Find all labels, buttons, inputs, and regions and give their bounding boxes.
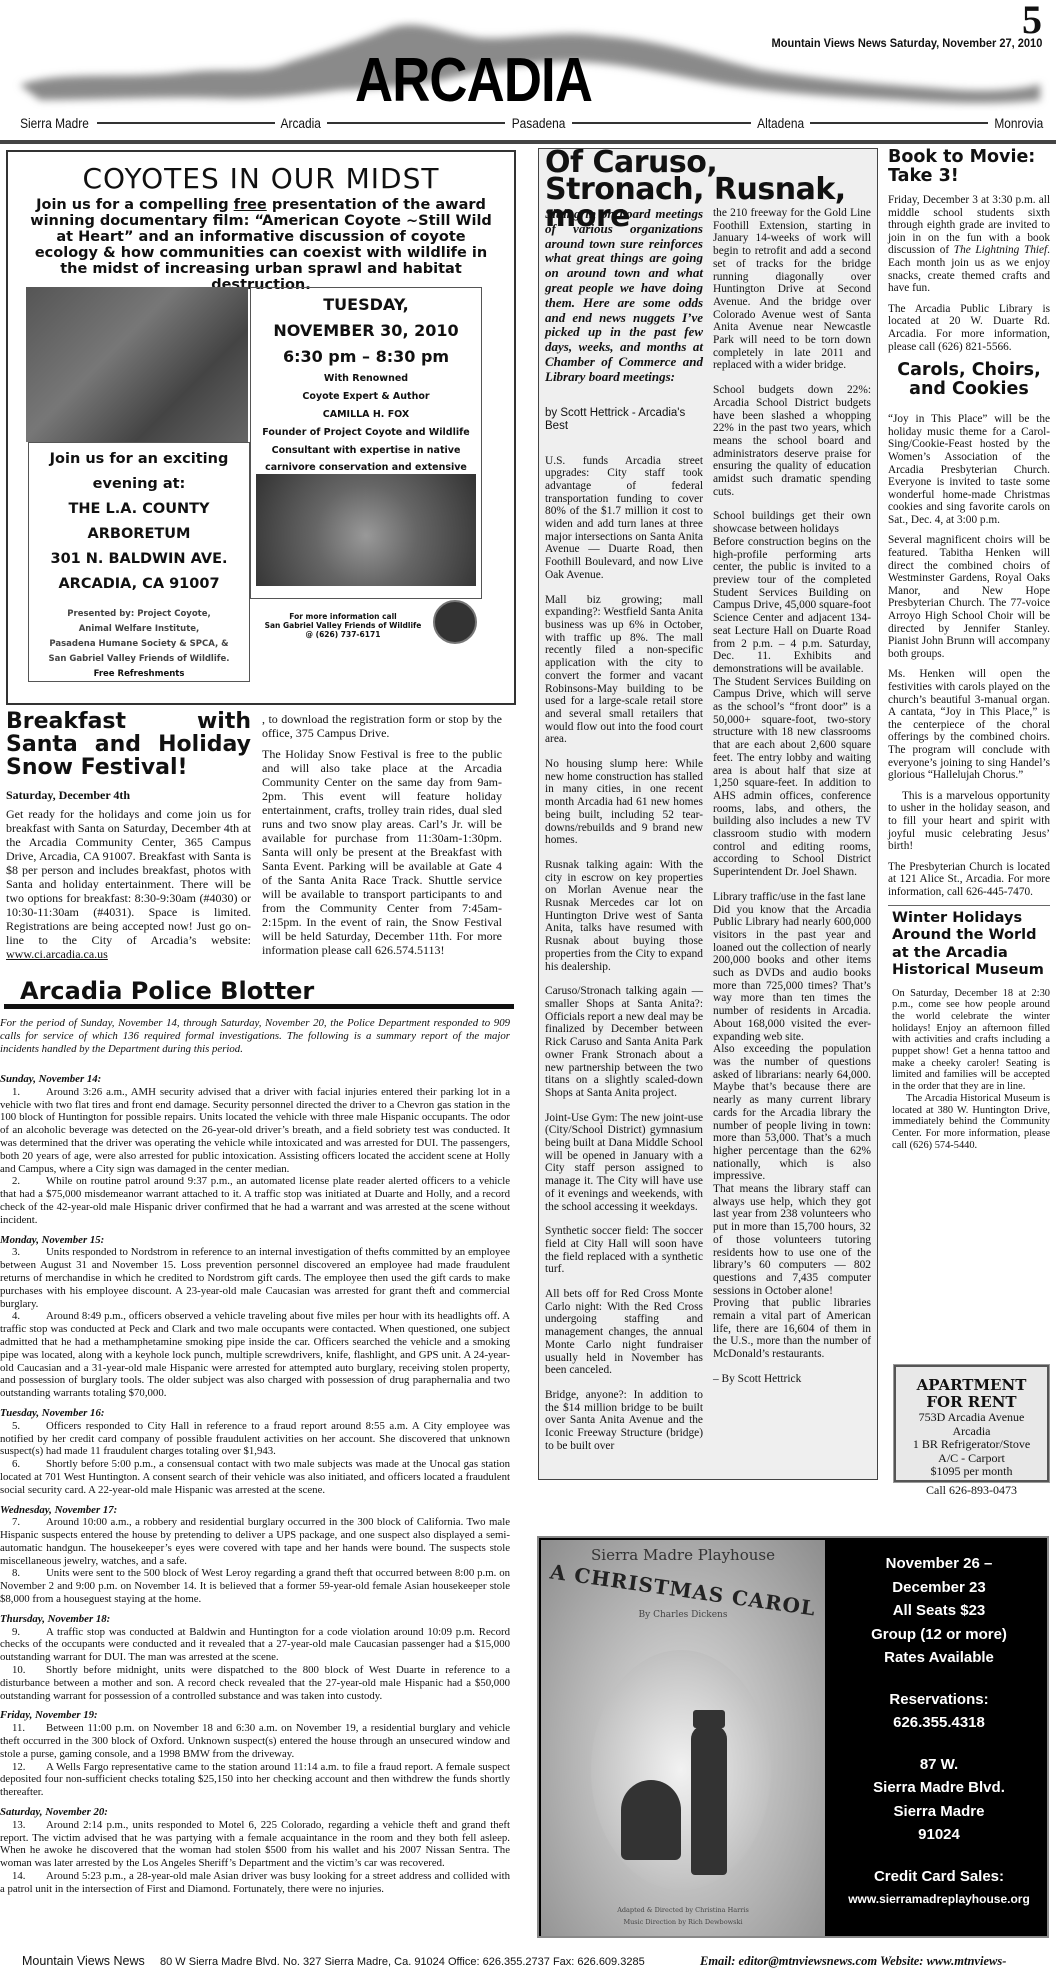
apartment-for-rent-ad: APARTMENT FOR RENT 753D Arcadia Avenue A… xyxy=(894,1365,1049,1482)
caruso-stronach-article: Of Caruso, Stronach, Rusnak, more Sittin… xyxy=(538,148,878,1480)
article-headline: Book to Movie: Take 3! xyxy=(888,148,1050,186)
carols-article: Carols, Choirs, and Cookies “Joy in This… xyxy=(888,361,1050,898)
city-arcadia: Arcadia xyxy=(281,115,321,131)
city-website-link[interactable]: www.ci.arcadia.ca.us xyxy=(6,947,108,961)
ad-city: Arcadia xyxy=(896,1425,1047,1439)
incident: 12.A Wells Fargo representative came to … xyxy=(0,1761,510,1799)
blotter-day: Friday, November 19: 11.Between 11:00 p.… xyxy=(0,1709,510,1799)
paragraph: “Joy in This Place” will be the holiday … xyxy=(888,413,1050,526)
venue-line: evening at: xyxy=(29,472,249,497)
divider xyxy=(810,122,988,124)
incident-number: 11. xyxy=(12,1722,46,1735)
incident-text: Around 8:49 p.m., officers observed a ve… xyxy=(0,1310,510,1399)
blotter-title: Arcadia Police Blotter xyxy=(20,977,314,1005)
winter-holidays-article: Winter Holidays Around the World at the … xyxy=(888,910,1050,1152)
ad-title: APARTMENT FOR RENT xyxy=(896,1377,1047,1411)
incident-text: Officers responded to City Hall in refer… xyxy=(0,1420,510,1458)
paragraph: The Student Services Building on Campus … xyxy=(713,676,871,879)
credit-line: Adapted & Directed by Christina Harris xyxy=(541,1904,825,1916)
carolers-illustration xyxy=(591,1650,771,1890)
paragraph: Friday, December 3 at 3:30 p.m. all midd… xyxy=(888,194,1050,295)
incident: 3.Units responded to Nordstrom in refere… xyxy=(0,1246,510,1310)
venue-line: Join us for an exciting xyxy=(29,447,249,472)
day-label: Tuesday, November 16: xyxy=(0,1407,510,1420)
masthead-rule xyxy=(0,140,1056,144)
day-label: Sunday, November 14: xyxy=(0,1073,510,1086)
presenter-line: Pasadena Humane Society & SPCA, & xyxy=(29,637,249,652)
ticket-price: All Seats $23 xyxy=(829,1599,1049,1623)
paragraph: This is a marvelous opportunity to usher… xyxy=(888,790,1050,853)
day-label: Saturday, November 20: xyxy=(0,1806,510,1819)
incident-text: Around 2:14 p.m., units responded to Mot… xyxy=(0,1819,510,1869)
article-subhead: Saturday, December 4th xyxy=(6,788,130,803)
intro-free: free xyxy=(234,197,267,213)
reservations-label: Reservations: xyxy=(829,1688,1049,1712)
christmas-carol-poster: Sierra Madre Playhouse A CHRISTMAS CAROL… xyxy=(541,1540,825,1936)
event-date: NOVEMBER 30, 2010 xyxy=(251,318,481,344)
paragraph: The Arcadia Historical Museum is located… xyxy=(892,1093,1050,1152)
group-rates: Group (12 or more) xyxy=(829,1623,1049,1647)
incident-number: 14. xyxy=(12,1870,46,1883)
subhead: School buildings get their own showcase … xyxy=(713,510,871,535)
subhead: Library traffic/use in the fast lane xyxy=(713,891,871,904)
incident: 1.Around 3:26 a.m., AMH security advised… xyxy=(0,1086,510,1176)
show-dates: November 26 – xyxy=(829,1552,1049,1576)
paragraph: Bridge, anyone?: In addition to the $14 … xyxy=(545,1389,703,1453)
day-label: Wednesday, November 17: xyxy=(0,1504,510,1517)
incident: 5.Officers responded to City Hall in ref… xyxy=(0,1420,510,1458)
credit-line: Music Direction by Rich Dewbowski xyxy=(541,1916,825,1928)
venue-line: THE L.A. COUNTY xyxy=(29,497,249,522)
article-body: On Saturday, December 18 at 2:30 p.m., c… xyxy=(888,988,1050,1152)
venue-box: Join us for an exciting evening at: THE … xyxy=(28,442,250,682)
presenter-line: San Gabriel Valley Friends of Wildlife. xyxy=(29,652,249,667)
top-hat-icon xyxy=(693,1710,725,1728)
paragraph: Rusnak talking again: With the city in e… xyxy=(545,859,703,973)
publication-contact: Email: editor@mtnviewsnews.com Website: … xyxy=(700,1954,1006,1969)
incident-text: A traffic stop was conducted at Baldwin … xyxy=(0,1626,510,1664)
presenter-line: Animal Welfare Institute, xyxy=(29,622,249,637)
divider xyxy=(572,122,750,124)
show-dates: December 23 xyxy=(829,1576,1049,1600)
city-pasadena: Pasadena xyxy=(512,115,566,131)
blotter-day: Thursday, November 18: 9.A traffic stop … xyxy=(0,1613,510,1703)
article-headline: Breakfast with Santa and Holiday Snow Fe… xyxy=(6,710,251,779)
incident-number: 10. xyxy=(12,1664,46,1677)
venue-address: 87 W. xyxy=(829,1753,1049,1777)
venue-address: 91024 xyxy=(829,1823,1049,1847)
article-headline: Carols, Choirs, and Cookies xyxy=(888,361,1050,399)
city-rail: Sierra Madre Arcadia Pasadena Altadena M… xyxy=(14,113,1048,133)
presenter-line: Presented by: Project Coyote, xyxy=(29,607,249,622)
venue-address: Sierra Madre Blvd. xyxy=(829,1776,1049,1800)
book-to-movie-article: Book to Movie: Take 3! Friday, December … xyxy=(888,148,1050,353)
incident-text: A Wells Fargo representative came to the… xyxy=(0,1761,510,1799)
incident-number: 12. xyxy=(12,1761,46,1774)
incident-text: Shortly before midnight, units were disp… xyxy=(0,1664,510,1702)
incident-number: 7. xyxy=(12,1516,46,1529)
incident-number: 2. xyxy=(12,1175,46,1188)
ad-phone: Call 626-893-0473 xyxy=(896,1483,1047,1498)
blotter-days: Sunday, November 14: 1.Around 3:26 a.m.,… xyxy=(0,1073,510,1896)
page-footer: Mountain Views News 80 W Sierra Madre Bl… xyxy=(0,1952,1056,1976)
paragraph: School budgets down 22%: Arcadia School … xyxy=(713,384,871,498)
paragraph: Joint-Use Gym: The new joint-use (City/S… xyxy=(545,1112,703,1214)
incident: 13.Around 2:14 p.m., units responded to … xyxy=(0,1819,510,1870)
incident: 8.Units were sent to the 500 block of We… xyxy=(0,1567,510,1605)
info-line: @ (626) 737-6171 xyxy=(258,630,428,639)
paragraph: Mall biz growing; mall expanding?: Westf… xyxy=(545,594,703,746)
carolers-figure xyxy=(621,1780,681,1860)
article-headline: Winter Holidays Around the World at the … xyxy=(888,910,1050,980)
incident-text: Units were sent to the 500 block of West… xyxy=(0,1567,510,1605)
blotter-day: Saturday, November 20: 13.Around 2:14 p.… xyxy=(0,1806,510,1896)
incident: 6.Shortly before 5:00 p.m., a consensual… xyxy=(0,1458,510,1496)
article-signoff: – By Scott Hettrick xyxy=(713,1373,871,1386)
show-credits: Adapted & Directed by Christina Harris M… xyxy=(541,1904,825,1928)
paragraph: No housing slump here: While new home co… xyxy=(545,758,703,847)
paragraph: The Presbyterian Church is located at 12… xyxy=(888,861,1050,899)
paragraph: U.S. funds Arcadia street upgrades: City… xyxy=(545,455,703,582)
contact-info: For more information call San Gabriel Va… xyxy=(258,612,428,639)
body-text: , to download the registration form or s… xyxy=(262,712,502,740)
ad-title-line: APARTMENT xyxy=(896,1377,1047,1394)
body-text: Get ready for the holidays and come join… xyxy=(6,807,251,947)
event-time: 6:30 pm – 8:30 pm xyxy=(251,344,481,370)
paragraph: the 210 freeway for the Gold Line Foothi… xyxy=(713,207,871,372)
paragraph: The Arcadia Public Library is located at… xyxy=(888,303,1050,353)
incident-text: Around 5:23 p.m., a 28-year-old male Asi… xyxy=(0,1870,510,1895)
blotter-day: Wednesday, November 17: 7.Around 10:00 a… xyxy=(0,1504,510,1606)
incident: 10.Shortly before midnight, units were d… xyxy=(0,1664,510,1702)
incident-number: 9. xyxy=(12,1626,46,1639)
incident: 9.A traffic stop was conducted at Baldwi… xyxy=(0,1626,510,1664)
incident-text: Around 3:26 a.m., AMH security advised t… xyxy=(0,1086,510,1175)
sales-label: Credit Card Sales: xyxy=(829,1865,1049,1889)
sierra-madre-playhouse-ad: Sierra Madre Playhouse A CHRISTMAS CAROL… xyxy=(537,1536,1049,1938)
right-column: Book to Movie: Take 3! Friday, December … xyxy=(888,148,1050,1151)
divider xyxy=(97,122,275,124)
coyote-photo xyxy=(26,287,248,442)
incident-number: 13. xyxy=(12,1819,46,1832)
book-title: The Lightning Thief xyxy=(954,244,1047,256)
section-title: ARCADIA xyxy=(355,45,592,116)
info-line: San Gabriel Valley Friends of Wildlife xyxy=(258,621,428,630)
ad-feature: A/C - Carport xyxy=(896,1452,1047,1466)
divider xyxy=(327,122,505,124)
event-with: With Renowned xyxy=(251,370,481,388)
coyote-pup-photo xyxy=(256,474,476,586)
paragraph: Proving that public libraries remain a v… xyxy=(713,1297,871,1361)
paragraph: Before construction begins on the high-p… xyxy=(713,536,871,676)
paragraph: Also exceeding the population was the nu… xyxy=(713,1043,871,1183)
day-label: Friday, November 19: xyxy=(0,1709,510,1722)
city-monrovia: Monrovia xyxy=(995,115,1044,131)
article-byline: by Scott Hettrick - Arcadia's Best xyxy=(545,407,703,433)
paragraph: Synthetic soccer field: The soccer field… xyxy=(545,1225,703,1276)
incident-number: 6. xyxy=(12,1458,46,1471)
blotter-day: Sunday, November 14: 1.Around 3:26 a.m.,… xyxy=(0,1073,510,1227)
spacer xyxy=(829,1735,1049,1753)
divider xyxy=(888,905,1050,906)
blotter-day: Monday, November 15: 3.Units responded t… xyxy=(0,1234,510,1400)
masthead: ARCADIA 5 Mountain Views News Saturday, … xyxy=(0,0,1056,140)
incident: 2.While on routine patrol around 9:37 p.… xyxy=(0,1175,510,1226)
incident: 14.Around 5:23 p.m., a 28-year-old male … xyxy=(0,1870,510,1896)
reservations-phone: 626.355.4318 xyxy=(829,1711,1049,1735)
speaker-name: CAMILLA H. FOX xyxy=(251,406,481,424)
ad-price: $1095 per month xyxy=(896,1465,1047,1479)
body-text: The Holiday Snow Festival is free to the… xyxy=(262,747,502,957)
article-column-2: the 210 freeway for the Gold Line Foothi… xyxy=(713,207,871,1386)
project-coyote-logo-icon xyxy=(433,600,477,644)
incident-text: Around 10:00 a.m., a robbery and residen… xyxy=(0,1516,510,1566)
refreshments-note: Free Refreshments xyxy=(29,667,249,682)
paragraph: All bets off for Red Cross Monte Carlo n… xyxy=(545,1288,703,1377)
group-rates: Rates Available xyxy=(829,1646,1049,1670)
incident-text: Shortly before 5:00 p.m., a consensual c… xyxy=(0,1458,510,1496)
event-day: TUESDAY, xyxy=(251,292,481,318)
paragraph: Did you know that the Arcadia Public Lib… xyxy=(713,904,871,1044)
incident: 7.Around 10:00 a.m., a robbery and resid… xyxy=(0,1516,510,1567)
blotter-day: Tuesday, November 16: 5.Officers respond… xyxy=(0,1407,510,1497)
ad-title-line: FOR RENT xyxy=(896,1394,1047,1411)
playhouse-website-link[interactable]: www.sierramadreplayhouse.org xyxy=(829,1888,1049,1912)
article-body: “Joy in This Place” will be the holiday … xyxy=(888,413,1050,898)
blotter-intro: For the period of Sunday, November 14, t… xyxy=(0,1017,510,1055)
publication-address: 80 W Sierra Madre Blvd. No. 327 Sierra M… xyxy=(160,1956,645,1968)
incident-number: 3. xyxy=(12,1246,46,1259)
day-label: Thursday, November 18: xyxy=(0,1613,510,1626)
presenters: Presented by: Project Coyote, Animal Wel… xyxy=(29,607,249,667)
paragraph: That means the library staff can always … xyxy=(713,1183,871,1297)
paragraph: Ms. Henken will open the festivities wit… xyxy=(888,668,1050,781)
incident-text: Units responded to Nordstrom in referenc… xyxy=(0,1246,510,1309)
venue-line: ARCADIA, CA 91007 xyxy=(29,572,249,597)
ad-address: 753D Arcadia Avenue xyxy=(896,1411,1047,1425)
ad-intro: Join us for a compelling free presentati… xyxy=(28,197,494,293)
day-label: Monday, November 15: xyxy=(0,1234,510,1247)
venue-name: Sierra Madre Playhouse xyxy=(541,1546,825,1564)
blotter-rule xyxy=(4,1004,514,1009)
paragraph: Caruso/Stronach talking again — smaller … xyxy=(545,985,703,1099)
ad-title: COYOTES IN OUR MIDST xyxy=(8,162,514,195)
city-altadena: Altadena xyxy=(757,115,804,131)
incident-text: While on routine patrol around 9:37 p.m.… xyxy=(0,1175,510,1225)
scrooge-figure xyxy=(691,1725,727,1875)
intro-text: Join us for a compelling xyxy=(36,197,234,213)
paragraph: On Saturday, December 18 at 2:30 p.m., c… xyxy=(892,988,1050,1093)
ad-feature: 1 BR Refrigerator/Stove xyxy=(896,1438,1047,1452)
publication-name: Mountain Views News xyxy=(22,1954,145,1968)
article-column-1: Sitting in on board meetings of various … xyxy=(545,207,703,1452)
venue-line: ARBORETUM xyxy=(29,522,249,547)
article-body: Friday, December 3 at 3:30 p.m. all midd… xyxy=(888,194,1050,353)
article-body-col2: , to download the registration form or s… xyxy=(262,712,502,957)
info-line: For more information call xyxy=(258,612,428,621)
incident-number: 4. xyxy=(12,1310,46,1323)
coyote-event-ad: COYOTES IN OUR MIDST Join us for a compe… xyxy=(6,150,516,705)
show-info: November 26 – December 23 All Seats $23 … xyxy=(829,1538,1049,1936)
spacer xyxy=(829,1670,1049,1688)
dateline: Mountain Views News Saturday, November 2… xyxy=(771,36,1042,50)
incident: 11.Between 11:00 p.m. on November 18 and… xyxy=(0,1722,510,1760)
incident-text: Between 11:00 p.m. on November 18 and 6:… xyxy=(0,1722,510,1760)
spacer xyxy=(829,1847,1049,1865)
incident-number: 1. xyxy=(12,1086,46,1099)
venue-address: Sierra Madre xyxy=(829,1800,1049,1824)
venue-line: 301 N. BALDWIN AVE. xyxy=(29,547,249,572)
speaker-role: Coyote Expert & Author xyxy=(251,388,481,406)
city-sierra-madre: Sierra Madre xyxy=(20,115,89,131)
incident-number: 8. xyxy=(12,1567,46,1580)
incident: 4.Around 8:49 p.m., officers observed a … xyxy=(0,1310,510,1400)
incident-number: 5. xyxy=(12,1420,46,1433)
article-body-col1: Get ready for the holidays and come join… xyxy=(6,807,251,961)
paragraph: Several magnificent choirs will be featu… xyxy=(888,534,1050,660)
article-lead: Sitting in on board meetings of various … xyxy=(545,207,703,385)
